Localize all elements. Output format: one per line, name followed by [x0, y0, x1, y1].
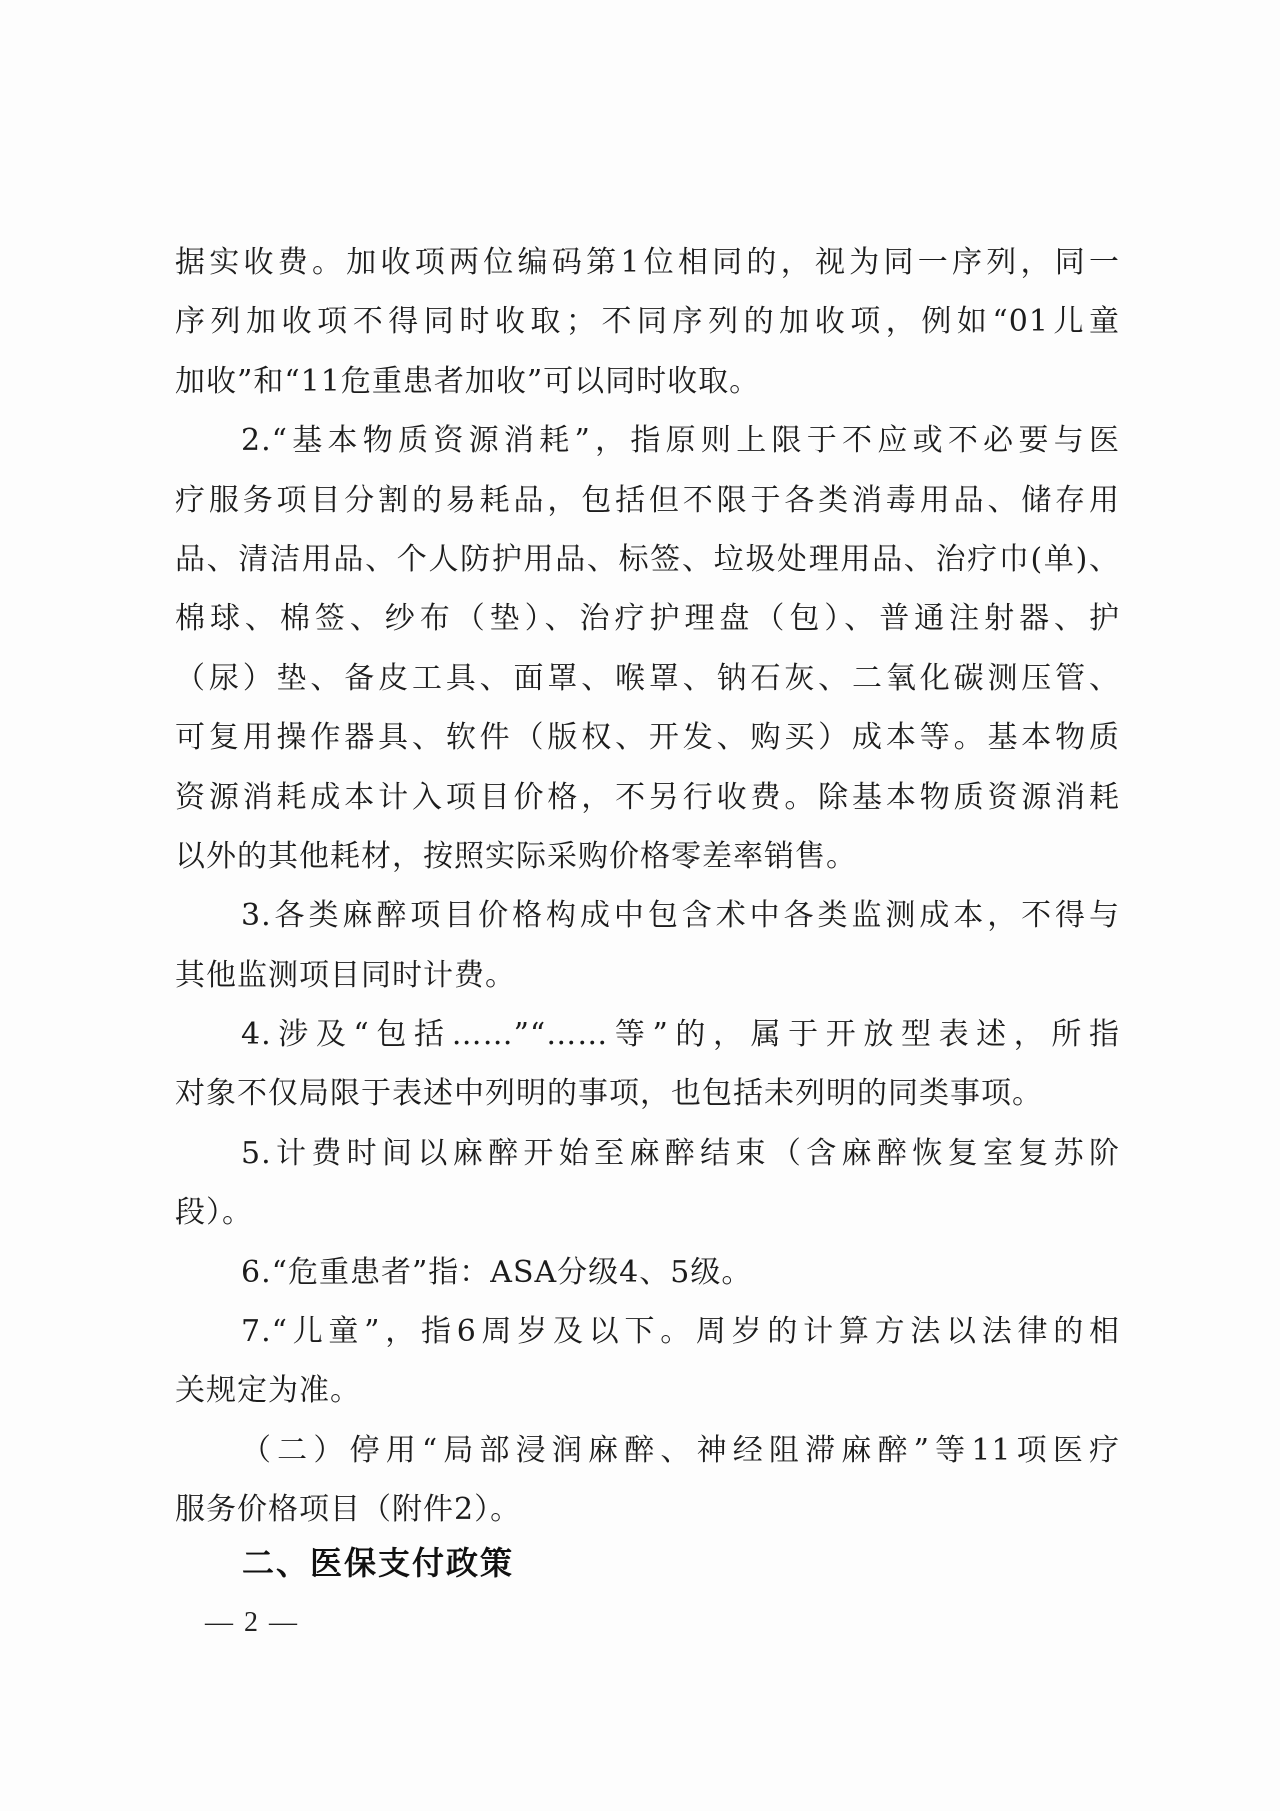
text-line-1: 据实收费。加收项两位编码第1位相同的，视为同一序列，同一 — [175, 233, 1120, 292]
item-3-line-1: 3.各类麻醉项目价格构成中包含术中各类监测成本，不得与 — [175, 886, 1120, 945]
item-7-line-2: 关规定为准。 — [175, 1361, 1120, 1420]
text-line-2: 序列加收项不得同时收取；不同序列的加收项，例如“01儿童 — [175, 292, 1120, 351]
item-4-line-1: 4.涉及“包括……”“……等”的，属于开放型表述，所指 — [175, 1005, 1120, 1064]
text-line-3: 加收”和“11危重患者加收”可以同时收取。 — [175, 352, 1120, 411]
item-3-line-2: 其他监测项目同时计费。 — [175, 946, 1120, 1005]
item-2-line-6: 可复用操作器具、软件（版权、开发、购买）成本等。基本物质 — [175, 708, 1120, 767]
page-number: — 2 — — [205, 1604, 299, 1642]
item-2-line-5: （尿）垫、备皮工具、面罩、喉罩、钠石灰、二氧化碳测压管、 — [175, 649, 1120, 708]
body-text: 据实收费。加收项两位编码第1位相同的，视为同一序列，同一 序列加收项不得同时收取… — [175, 233, 1120, 1540]
item-2-line-1: 2.“基本物质资源消耗”，指原则上限于不应或不必要与医 — [175, 411, 1120, 470]
item-4-line-2: 对象不仅局限于表述中列明的事项，也包括未列明的同类事项。 — [175, 1064, 1120, 1123]
item-7-line-1: 7.“儿童”，指6周岁及以下。周岁的计算方法以法律的相 — [175, 1302, 1120, 1361]
item-2-line-4: 棉球、棉签、纱布（垫）、治疗护理盘（包）、普通注射器、护 — [175, 589, 1120, 648]
item-6-line-1: 6.“危重患者”指：ASA分级4、5级。 — [175, 1243, 1120, 1302]
document-page: 据实收费。加收项两位编码第1位相同的，视为同一序列，同一 序列加收项不得同时收取… — [0, 0, 1280, 1811]
item-2-line-8: 以外的其他耗材，按照实际采购价格零差率销售。 — [175, 827, 1120, 886]
section-heading: 二、医保支付政策 — [242, 1540, 514, 1586]
subsection-2-line-2: 服务价格项目（附件2）。 — [175, 1480, 1120, 1539]
item-2-line-2: 疗服务项目分割的易耗品，包括但不限于各类消毒用品、储存用 — [175, 471, 1120, 530]
subsection-2-line-1: （二）停用“局部浸润麻醉、神经阻滞麻醉”等11项医疗 — [175, 1421, 1120, 1480]
item-5-line-2: 段）。 — [175, 1183, 1120, 1242]
item-2-line-7: 资源消耗成本计入项目价格，不另行收费。除基本物质资源消耗 — [175, 768, 1120, 827]
item-5-line-1: 5.计费时间以麻醉开始至麻醉结束（含麻醉恢复室复苏阶 — [175, 1124, 1120, 1183]
item-2-line-3: 品、清洁用品、个人防护用品、标签、垃圾处理用品、治疗巾(单)、 — [175, 530, 1120, 589]
